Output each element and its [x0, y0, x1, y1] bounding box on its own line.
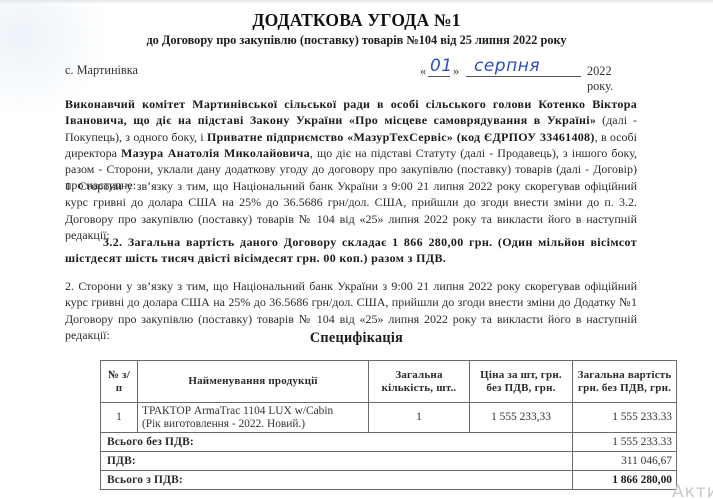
summary-row-total: Всього з ПДВ: 1 866 280,00: [101, 471, 677, 490]
header-quantity: Загальна кількість, шт..: [369, 361, 470, 403]
handwritten-day: 01: [430, 56, 453, 76]
header-number: № з/п: [101, 361, 138, 403]
document-subtitle: до Договору про закупівлю (поставку) тов…: [0, 33, 713, 48]
subtotal-label: Всього без ПДВ:: [101, 433, 573, 452]
specification-title: Специфікація: [0, 330, 713, 347]
place-name: с. Мартинівка: [65, 63, 138, 78]
vat-label: ПДВ:: [101, 452, 573, 471]
agreement-date: « 01 » серпня 2022 року.: [420, 56, 630, 78]
product-total: 1 555 233.33: [573, 403, 677, 433]
seller-name: Приватне підприємство «МазурТехСервіс» (…: [207, 130, 595, 144]
summary-row-vat: ПДВ: 311 046,67: [101, 452, 677, 471]
vat-value: 311 046,67: [573, 452, 677, 471]
table-row: 1 ТРАКТОР ArmaTrac 1104 LUX w/Cabin (Рік…: [101, 403, 677, 433]
viewer-top-edge: [0, 0, 713, 3]
day-underline: [428, 76, 450, 77]
summary-row-subtotal: Всього без ПДВ: 1 555 233.33: [101, 433, 677, 452]
clause-3-2: 3.2. Загальна вартість даного Договору с…: [65, 234, 637, 267]
specification-table: № з/п Найменування продукції Загальна кі…: [100, 360, 677, 490]
document-page: ДОДАТКОВА УГОДА №1 до Договору про закуп…: [0, 0, 713, 499]
close-quote: »: [453, 64, 459, 79]
product-name: ТРАКТОР ArmaTrac 1104 LUX w/Cabin (Рік в…: [138, 403, 369, 433]
open-quote: «: [420, 64, 426, 79]
header-unit-price: Ціна за шт, грн. без ПДВ, грн.: [470, 361, 573, 403]
handwritten-month: серпня: [474, 56, 540, 76]
director-name: Мазура Анатолія Миколайовича: [121, 146, 310, 160]
row-number: 1: [101, 403, 138, 433]
date-year: 2022 року.: [587, 64, 630, 94]
grand-total-value: 1 866 280,00: [573, 471, 677, 490]
product-unit-price: 1 555 233,33: [470, 403, 573, 433]
activation-watermark: Акти: [672, 482, 713, 499]
grand-total-label: Всього з ПДВ:: [101, 471, 573, 490]
product-quantity: 1: [369, 403, 470, 433]
product-name-line2: (Рік виготовлення - 2022. Новий.): [142, 418, 364, 431]
clause-3-2-text: 3.2. Загальна вартість даного Договору с…: [65, 235, 637, 265]
header-product-name: Найменування продукції: [138, 361, 369, 403]
table-header-row: № з/п Найменування продукції Загальна кі…: [101, 361, 677, 403]
buyer-name: Виконавчий комітет Мартинівської сільськ…: [65, 97, 637, 127]
header-total: Загальна вартість грн. без ПДВ, грн.: [573, 361, 677, 403]
subtotal-value: 1 555 233.33: [573, 433, 677, 452]
document-title: ДОДАТКОВА УГОДА №1: [0, 10, 713, 31]
product-name-line1: ТРАКТОР ArmaTrac 1104 LUX w/Cabin: [142, 405, 364, 418]
month-underline: [466, 76, 581, 77]
